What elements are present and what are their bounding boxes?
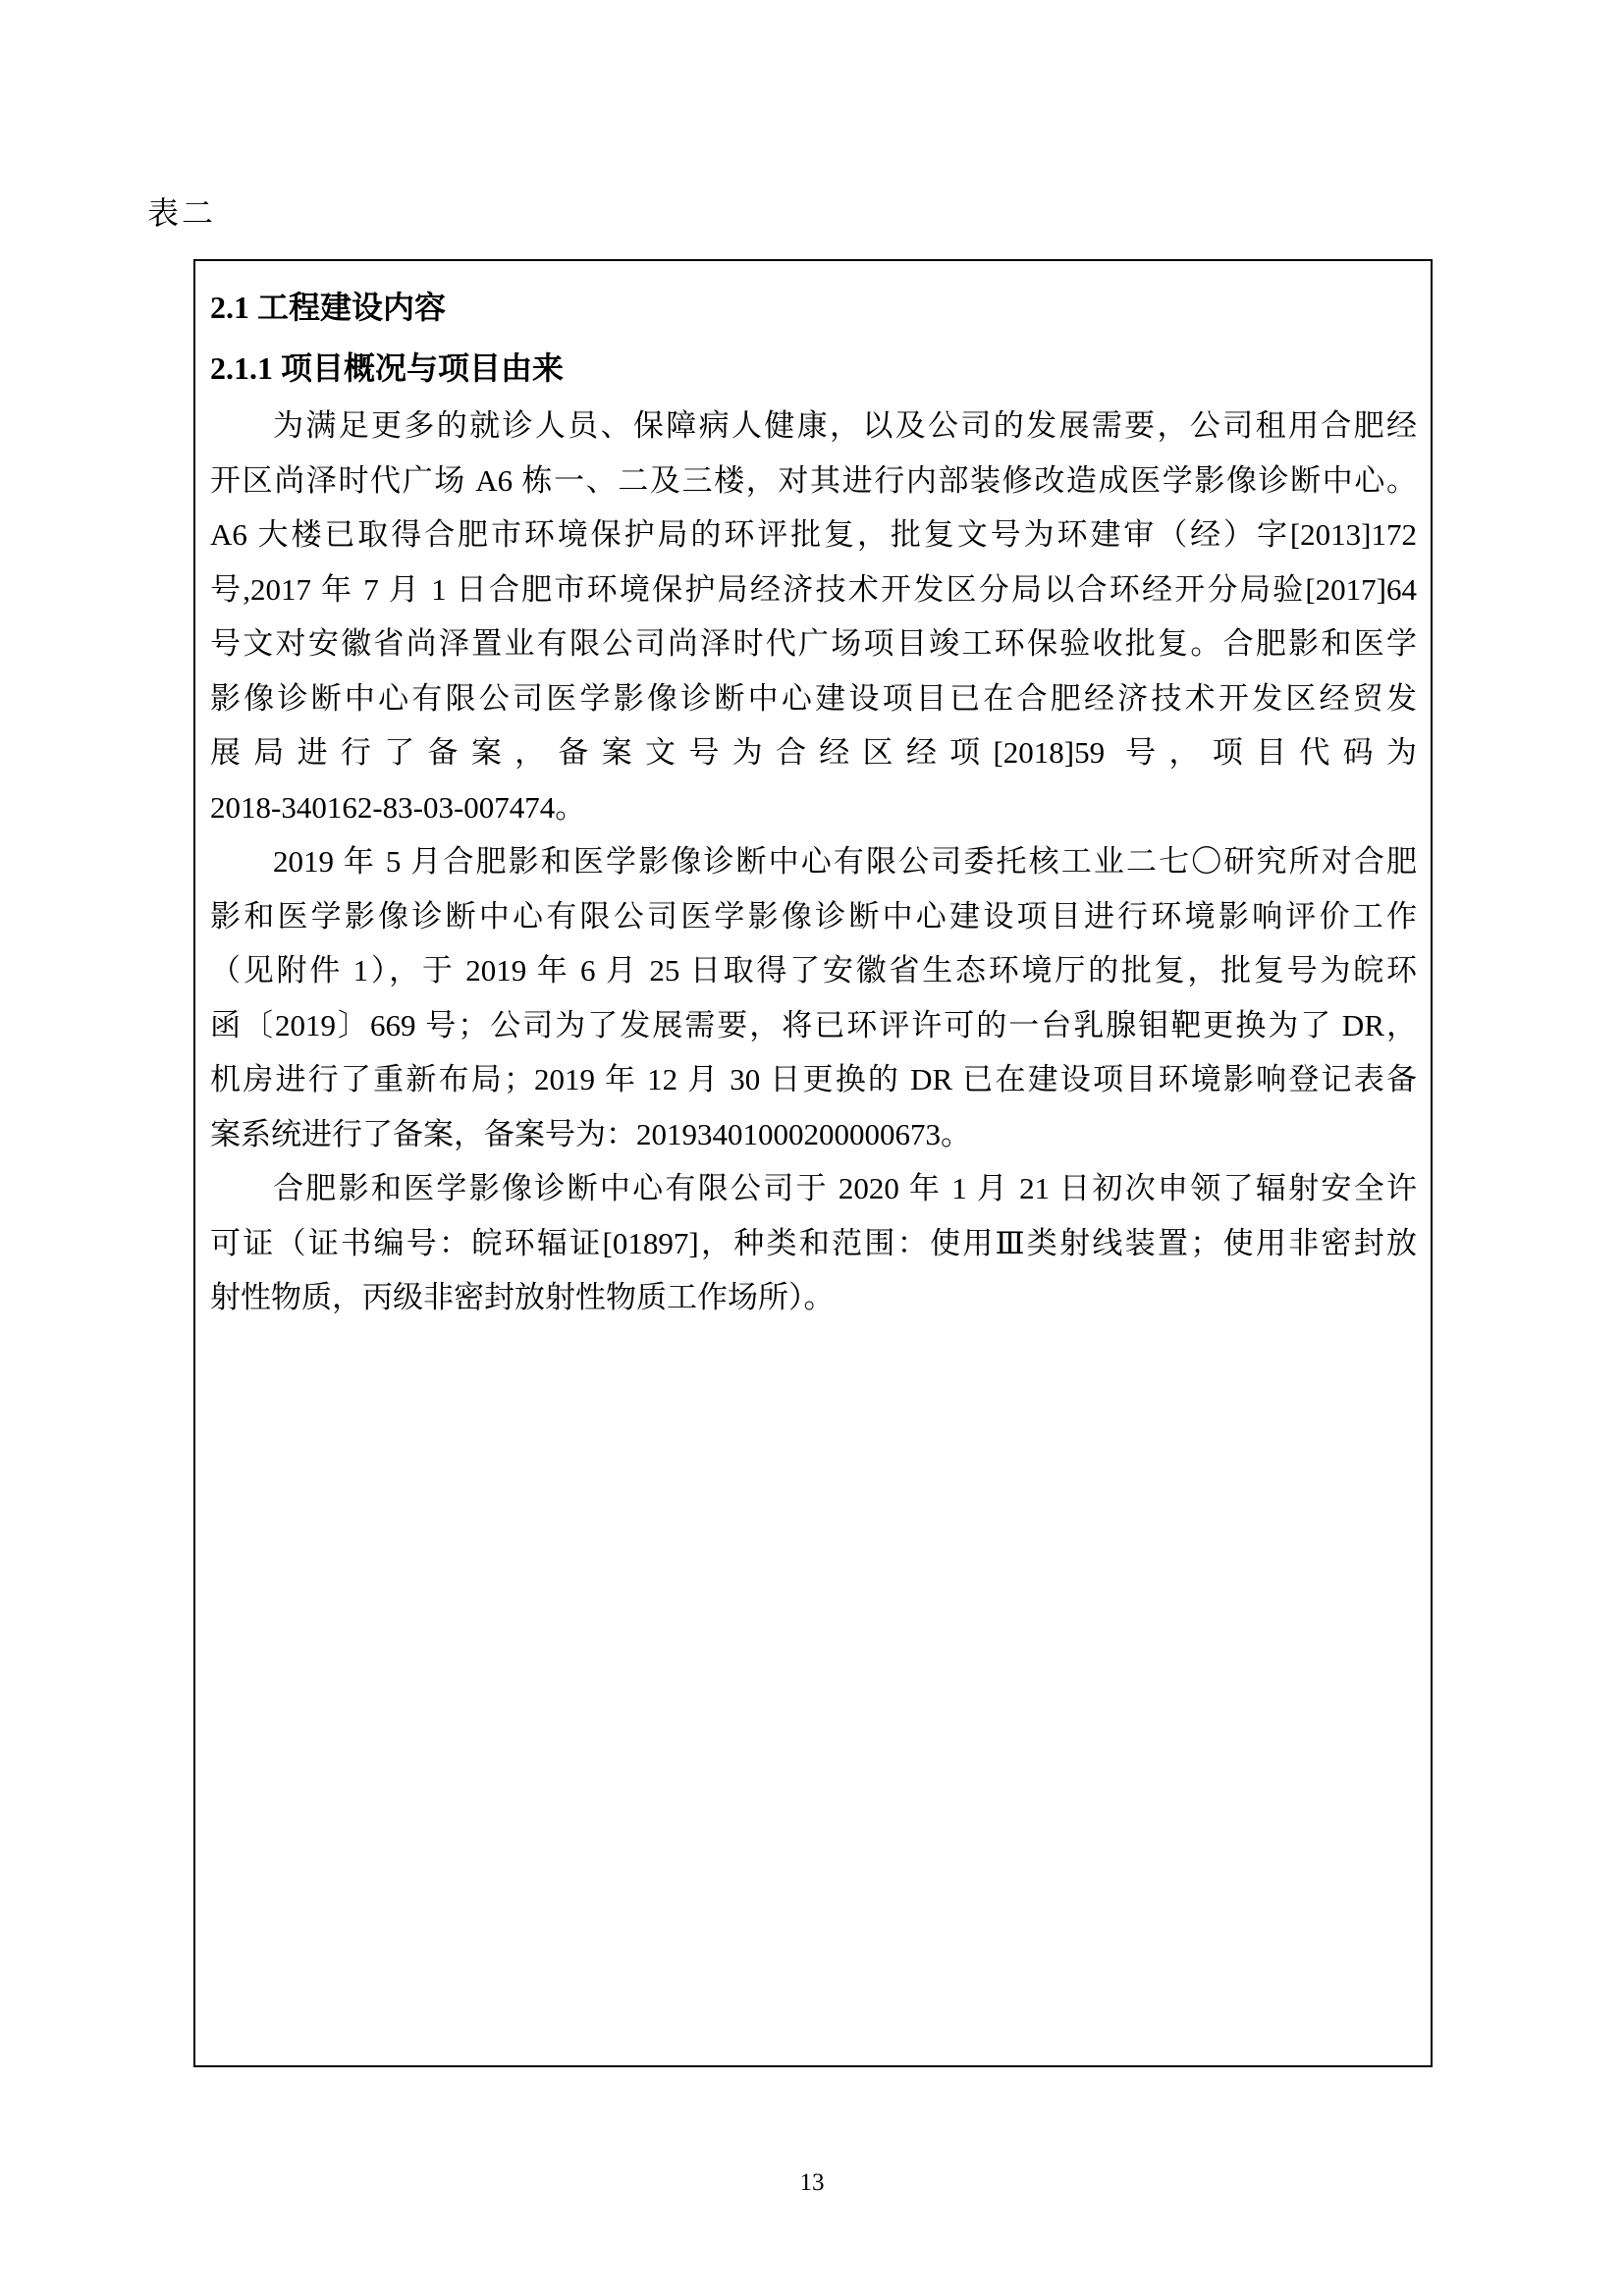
paragraph-line: 为满足更多的就诊人员、保障病人健康，以及公司的发展需要，公司租用合肥经 <box>210 399 1417 454</box>
content-box: 2.1 工程建设内容 2.1.1 项目概况与项目由来 为满足更多的就诊人员、保障… <box>193 259 1433 2067</box>
section-heading: 2.1 工程建设内容 <box>210 277 1417 338</box>
table-label: 表二 <box>147 188 216 234</box>
paragraph-2: 2019 年 5 月合肥影和医学影像诊断中心有限公司委托核工业二七〇研究所对合肥… <box>210 834 1417 1161</box>
paragraph-line: 2019 年 5 月合肥影和医学影像诊断中心有限公司委托核工业二七〇研究所对合肥 <box>210 834 1417 889</box>
paragraph-line: 函〔2019〕669 号；公司为了发展需要，将已环评许可的一台乳腺钼靶更换为了 … <box>210 998 1417 1053</box>
subsection-heading: 2.1.1 项目概况与项目由来 <box>210 338 1417 399</box>
paragraph-line: 开区尚泽时代广场 A6 栋一、二及三楼，对其进行内部装修改造成医学影像诊断中心。 <box>210 454 1417 508</box>
paragraph-line: 展局进行了备案，备案文号为合经区经项[2018]59 号，项目代码为 <box>210 725 1417 780</box>
paragraph-line: 合肥影和医学影像诊断中心有限公司于 2020 年 1 月 21 日初次申领了辐射… <box>210 1161 1417 1216</box>
paragraph-line: 号,2017 年 7 月 1 日合肥市环境保护局经济技术开发区分局以合环经开分局… <box>210 562 1417 617</box>
paragraph-line: 影像诊断中心有限公司医学影像诊断中心建设项目已在合肥经济技术开发区经贸发 <box>210 671 1417 726</box>
paragraph-1: 为满足更多的就诊人员、保障病人健康，以及公司的发展需要，公司租用合肥经 开区尚泽… <box>210 399 1417 834</box>
page-number: 13 <box>0 2169 1624 2197</box>
paragraph-line: 影和医学影像诊断中心有限公司医学影像诊断中心建设项目进行环境影响评价工作 <box>210 889 1417 944</box>
paragraph-line: 2018-340162-83-03-007474。 <box>210 780 1417 835</box>
paragraph-line: （见附件 1），于 2019 年 6 月 25 日取得了安徽省生态环境厅的批复，… <box>210 943 1417 998</box>
paragraph-line: 可证（证书编号：皖环辐证[01897]，种类和范围：使用Ⅲ类射线装置；使用非密封… <box>210 1216 1417 1271</box>
paragraph-line: A6 大楼已取得合肥市环境保护局的环评批复，批复文号为环建审（经）字[2013]… <box>210 507 1417 562</box>
document-page: 表二 2.1 工程建设内容 2.1.1 项目概况与项目由来 为满足更多的就诊人员… <box>0 0 1624 2296</box>
paragraph-line: 射性物质，丙级非密封放射性物质工作场所）。 <box>210 1270 1417 1325</box>
paragraph-line: 号文对安徽省尚泽置业有限公司尚泽时代广场项目竣工环保验收批复。合肥影和医学 <box>210 616 1417 671</box>
paragraph-line: 案系统进行了备案，备案号为：20193401000200000673。 <box>210 1107 1417 1162</box>
paragraph-line: 机房进行了重新布局；2019 年 12 月 30 日更换的 DR 已在建设项目环… <box>210 1052 1417 1107</box>
paragraph-3: 合肥影和医学影像诊断中心有限公司于 2020 年 1 月 21 日初次申领了辐射… <box>210 1161 1417 1325</box>
